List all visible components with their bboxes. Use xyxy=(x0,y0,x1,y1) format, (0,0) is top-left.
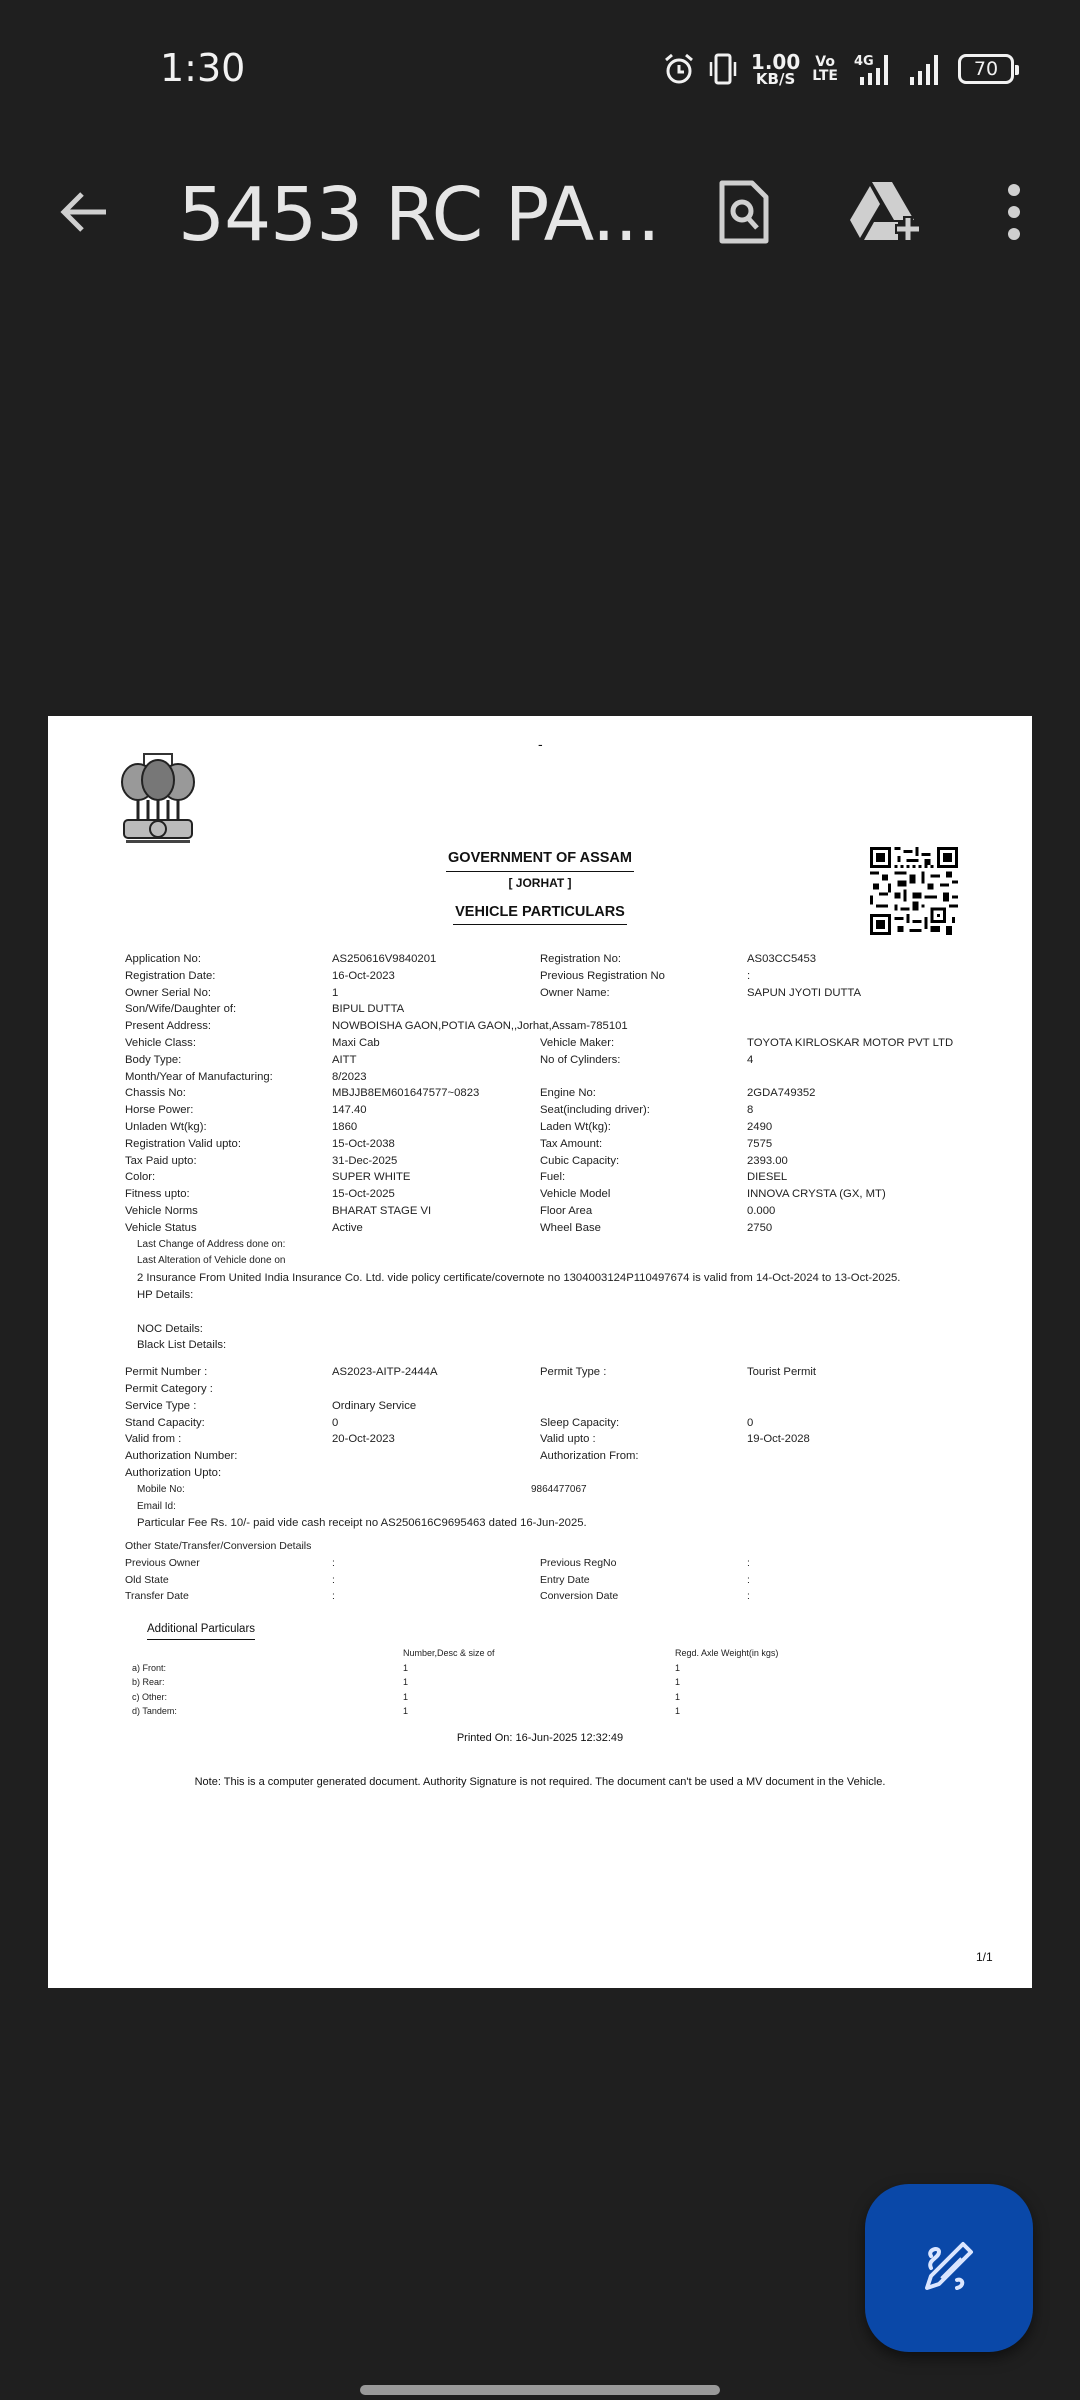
field-value: : xyxy=(747,968,1005,985)
field-label: Wheel Base xyxy=(540,1220,747,1237)
vehicle-field-row: Vehicle Class:Maxi CabVehicle Maker:TOYO… xyxy=(125,1035,1005,1052)
field-label: Previous RegNo xyxy=(540,1555,747,1572)
add-to-drive-icon xyxy=(850,180,922,244)
field-value: : xyxy=(747,1588,1005,1605)
field-value xyxy=(747,1398,1005,1415)
printed-on: Printed On: 16-Jun-2025 12:32:49 xyxy=(48,1732,1032,1744)
field-value: 1 xyxy=(332,985,540,1002)
permit-field-row: Authorization Upto: xyxy=(125,1465,1005,1482)
home-indicator[interactable] xyxy=(360,2385,720,2395)
vehicle-field-row: Unladen Wt(kg):1860Laden Wt(kg):2490 xyxy=(125,1119,1005,1136)
volte-icon: Vo LTE xyxy=(812,55,838,83)
hp-details: HP Details: xyxy=(125,1287,1005,1304)
col-header-axle: Regd. Axle Weight(in kgs) xyxy=(675,1646,778,1661)
vehicle-field-row: Application No:AS250616V9840201Registrat… xyxy=(125,951,1005,968)
status-bar: 1:30 1.00 KB/S Vo LTE 4G 70 xyxy=(0,0,1080,140)
field-label: Tax Amount: xyxy=(540,1136,747,1153)
field-label: Color: xyxy=(125,1169,332,1186)
field-value: 20-Oct-2023 xyxy=(332,1431,540,1448)
field-label: Present Address: xyxy=(125,1018,332,1035)
field-label: Owner Name: xyxy=(540,985,747,1002)
field-label xyxy=(540,1398,747,1415)
col-header-desc: Number,Desc & size of xyxy=(403,1646,675,1661)
field-value: SUPER WHITE xyxy=(332,1169,540,1186)
field-value: : xyxy=(332,1588,540,1605)
permit-field-row: Authorization Number:Authorization From: xyxy=(125,1448,1005,1465)
field-label: No of Cylinders: xyxy=(540,1052,747,1069)
annotate-fab[interactable] xyxy=(865,2184,1033,2352)
field-label: Owner Serial No: xyxy=(125,985,332,1002)
field-value xyxy=(747,1001,1005,1018)
vehicle-field-row: Horse Power:147.40Seat(including driver)… xyxy=(125,1102,1005,1119)
more-options-button[interactable] xyxy=(978,176,1050,248)
vibrate-icon xyxy=(707,52,739,86)
field-label: Tax Paid upto: xyxy=(125,1153,332,1170)
field-label: Stand Capacity: xyxy=(125,1415,332,1432)
document-title: 5453 RC PA... xyxy=(178,172,660,258)
permit-field-row: Stand Capacity:0Sleep Capacity:0 xyxy=(125,1415,1005,1432)
field-label: Application No: xyxy=(125,951,332,968)
last-alteration: Last Alteration of Vehicle done on xyxy=(125,1253,1005,1270)
field-value: AITT xyxy=(332,1052,540,1069)
permit-field-row: Permit Number :AS2023-AITP-2444APermit T… xyxy=(125,1364,1005,1381)
axle-label: b) Rear: xyxy=(132,1675,403,1690)
field-label: Chassis No: xyxy=(125,1085,332,1102)
field-value: 8/2023 xyxy=(332,1069,540,1086)
other-state-row: Old State:Entry Date: xyxy=(125,1572,1005,1589)
field-value: NOWBOISHA GAON,POTIA GAON,,Jorhat,Assam-… xyxy=(332,1018,540,1035)
field-label: Authorization Upto: xyxy=(125,1465,332,1482)
more-vert-icon xyxy=(1004,184,1024,240)
field-label: Vehicle Model xyxy=(540,1186,747,1203)
national-emblem-icon xyxy=(116,752,200,846)
app-bar: 5453 RC PA... xyxy=(0,150,1080,270)
field-value: 1860 xyxy=(332,1119,540,1136)
field-value: 4 xyxy=(747,1052,1005,1069)
field-label: Authorization Number: xyxy=(125,1448,332,1465)
field-value: 2490 xyxy=(747,1119,1005,1136)
permit-field-row: Permit Category : xyxy=(125,1381,1005,1398)
field-label: Permit Number : xyxy=(125,1364,332,1381)
field-value: 0 xyxy=(332,1415,540,1432)
field-label: Month/Year of Manufacturing: xyxy=(125,1069,332,1086)
field-label: Previous Owner xyxy=(125,1555,332,1572)
field-label: Fuel: xyxy=(540,1169,747,1186)
permit-field-row: Service Type :Ordinary Service xyxy=(125,1398,1005,1415)
vehicle-field-row: Tax Paid upto:31-Dec-2025Cubic Capacity:… xyxy=(125,1153,1005,1170)
mobile-row: Mobile No: 9864477067 xyxy=(125,1482,1005,1499)
field-label: Horse Power: xyxy=(125,1102,332,1119)
government-heading: GOVERNMENT OF ASSAM xyxy=(48,850,1032,872)
field-label: Cubic Capacity: xyxy=(540,1153,747,1170)
field-value: DIESEL xyxy=(747,1169,1005,1186)
field-value: Ordinary Service xyxy=(332,1398,540,1415)
field-label: Vehicle Status xyxy=(125,1220,332,1237)
vehicle-field-row: Owner Serial No:1Owner Name:SAPUN JYOTI … xyxy=(125,985,1005,1002)
field-value: Active xyxy=(332,1220,540,1237)
mobile-value: 9864477067 xyxy=(531,1482,587,1499)
vehicle-field-row: Registration Date:16-Oct-2023Previous Re… xyxy=(125,968,1005,985)
svg-text:4G: 4G xyxy=(854,54,874,69)
battery-icon: 70 xyxy=(958,54,1014,84)
field-value: MBJJB8EM601647577~0823 xyxy=(332,1085,540,1102)
field-value: Tourist Permit xyxy=(747,1364,1005,1381)
field-label: Permit Type : xyxy=(540,1364,747,1381)
field-label xyxy=(540,1018,747,1035)
field-label: Previous Registration No xyxy=(540,968,747,985)
signal-4g-icon: 4G xyxy=(850,51,894,87)
insurance-details: 2 Insurance From United India Insurance … xyxy=(125,1270,1005,1287)
field-value: : xyxy=(747,1555,1005,1572)
vehicle-field-row: Present Address:NOWBOISHA GAON,POTIA GAO… xyxy=(125,1018,1005,1035)
field-label xyxy=(540,1001,747,1018)
add-to-drive-button[interactable] xyxy=(850,176,922,248)
field-label: Registration Date: xyxy=(125,968,332,985)
field-value: 2393.00 xyxy=(747,1153,1005,1170)
field-value: AS03CC5453 xyxy=(747,951,1005,968)
vehicle-field-row: Son/Wife/Daughter of:BIPUL DUTTA xyxy=(125,1001,1005,1018)
field-value: BHARAT STAGE VI xyxy=(332,1203,540,1220)
field-label xyxy=(540,1465,747,1482)
field-value: SAPUN JYOTI DUTTA xyxy=(747,985,1005,1002)
axle-label: c) Other: xyxy=(132,1690,403,1705)
field-value: : xyxy=(332,1572,540,1589)
vehicle-field-row: Fitness upto:15-Oct-2025Vehicle ModelINN… xyxy=(125,1186,1005,1203)
axle-desc: 1 xyxy=(403,1661,675,1676)
field-value: INNOVA CRYSTA (GX, MT) xyxy=(747,1186,1005,1203)
field-value xyxy=(747,1069,1005,1086)
document-heading: VEHICLE PARTICULARS xyxy=(48,904,1032,925)
field-value: : xyxy=(747,1572,1005,1589)
signal-icon xyxy=(906,51,946,87)
field-value: 15-Oct-2025 xyxy=(332,1186,540,1203)
field-label: Vehicle Norms xyxy=(125,1203,332,1220)
field-label: Vehicle Maker: xyxy=(540,1035,747,1052)
find-in-page-button[interactable] xyxy=(708,176,780,248)
other-state-title: Other State/Transfer/Conversion Details xyxy=(125,1538,1005,1555)
field-label: Son/Wife/Daughter of: xyxy=(125,1001,332,1018)
field-value xyxy=(747,1381,1005,1398)
vehicle-field-row: Registration Valid upto:15-Oct-2038Tax A… xyxy=(125,1136,1005,1153)
field-label xyxy=(540,1069,747,1086)
axle-weight: 1 xyxy=(675,1675,680,1690)
axle-desc: 1 xyxy=(403,1675,675,1690)
field-value xyxy=(747,1018,1005,1035)
field-label: Conversion Date xyxy=(540,1588,747,1605)
field-value: Maxi Cab xyxy=(332,1035,540,1052)
field-label: Service Type : xyxy=(125,1398,332,1415)
blacklist-details: Black List Details: xyxy=(125,1337,1005,1354)
status-time: 1:30 xyxy=(160,46,245,90)
axle-weight: 1 xyxy=(675,1661,680,1676)
field-label: Permit Category : xyxy=(125,1381,332,1398)
last-change-address: Last Change of Address done on: xyxy=(125,1237,1005,1254)
field-label: Authorization From: xyxy=(540,1448,747,1465)
network-speed: 1.00 KB/S xyxy=(751,52,800,87)
field-label: Entry Date xyxy=(540,1572,747,1589)
field-label: Registration No: xyxy=(540,951,747,968)
permit-field-row: Valid from :20-Oct-2023Valid upto :19-Oc… xyxy=(125,1431,1005,1448)
pdf-page[interactable]: - GOVERNMENT OF ASSAM [ JORHAT ] VEHICLE… xyxy=(48,716,1032,1988)
back-arrow-icon xyxy=(56,184,112,240)
axle-desc: 1 xyxy=(403,1690,675,1705)
field-value: 7575 xyxy=(747,1136,1005,1153)
back-button[interactable] xyxy=(52,180,116,244)
field-value: 15-Oct-2038 xyxy=(332,1136,540,1153)
axle-row: d) Tandem:11 xyxy=(132,1704,932,1719)
axle-row: b) Rear:11 xyxy=(132,1675,932,1690)
field-label: Valid upto : xyxy=(540,1431,747,1448)
field-value xyxy=(332,1465,540,1482)
field-label: Unladen Wt(kg): xyxy=(125,1119,332,1136)
vehicle-field-row: Body Type:AITTNo of Cylinders:4 xyxy=(125,1052,1005,1069)
axle-weight: 1 xyxy=(675,1704,680,1719)
field-label: Transfer Date xyxy=(125,1588,332,1605)
vehicle-field-row: Color:SUPER WHITEFuel:DIESEL xyxy=(125,1169,1005,1186)
field-value xyxy=(747,1448,1005,1465)
field-label xyxy=(540,1381,747,1398)
field-label: Vehicle Class: xyxy=(125,1035,332,1052)
field-label: Old State xyxy=(125,1572,332,1589)
alarm-icon xyxy=(663,52,695,86)
field-label: Engine No: xyxy=(540,1085,747,1102)
field-value: 2GDA749352 xyxy=(747,1085,1005,1102)
vehicle-details: Application No:AS250616V9840201Registrat… xyxy=(125,951,1005,1605)
field-value: 19-Oct-2028 xyxy=(747,1431,1005,1448)
field-value xyxy=(332,1448,540,1465)
email-row: Email Id: xyxy=(125,1499,1005,1516)
vehicle-field-row: Chassis No:MBJJB8EM601647577~0823Engine … xyxy=(125,1085,1005,1102)
field-label: Sleep Capacity: xyxy=(540,1415,747,1432)
document-note: Note: This is a computer generated docum… xyxy=(48,1776,1032,1788)
field-value: 2750 xyxy=(747,1220,1005,1237)
vehicle-field-row: Month/Year of Manufacturing:8/2023 xyxy=(125,1069,1005,1086)
top-mark: - xyxy=(538,736,543,752)
field-label: Laden Wt(kg): xyxy=(540,1119,747,1136)
field-value: 0 xyxy=(747,1415,1005,1432)
field-label: Fitness upto: xyxy=(125,1186,332,1203)
vehicle-field-row: Vehicle StatusActiveWheel Base2750 xyxy=(125,1220,1005,1237)
other-state-row: Previous Owner:Previous RegNo: xyxy=(125,1555,1005,1572)
status-icons: 1.00 KB/S Vo LTE 4G 70 xyxy=(663,48,1014,90)
district-heading: [ JORHAT ] xyxy=(48,876,1032,890)
fee-note: Particular Fee Rs. 10/- paid vide cash r… xyxy=(125,1515,1005,1532)
additional-particulars-table: Number,Desc & size of Regd. Axle Weight(… xyxy=(132,1646,932,1719)
axle-weight: 1 xyxy=(675,1690,680,1705)
field-label: Registration Valid upto: xyxy=(125,1136,332,1153)
field-value: : xyxy=(332,1555,540,1572)
noc-details: NOC Details: xyxy=(125,1321,1005,1338)
field-label: Seat(including driver): xyxy=(540,1102,747,1119)
edit-annotate-icon xyxy=(917,2236,981,2300)
field-value: 0.000 xyxy=(747,1203,1005,1220)
axle-label: a) Front: xyxy=(132,1661,403,1676)
find-in-page-icon xyxy=(716,179,772,245)
field-value: BIPUL DUTTA xyxy=(332,1001,540,1018)
field-value: AS250616V9840201 xyxy=(332,951,540,968)
field-value: 147.40 xyxy=(332,1102,540,1119)
additional-particulars-title: Additional Particulars xyxy=(147,1623,255,1635)
field-value: 31-Dec-2025 xyxy=(332,1153,540,1170)
field-label: Body Type: xyxy=(125,1052,332,1069)
axle-row: a) Front:11 xyxy=(132,1661,932,1676)
field-value xyxy=(332,1381,540,1398)
vehicle-field-row: Vehicle NormsBHARAT STAGE VIFloor Area0.… xyxy=(125,1203,1005,1220)
page-indicator: 1/1 xyxy=(976,1950,993,1964)
axle-label: d) Tandem: xyxy=(132,1704,403,1719)
field-value: TOYOTA KIRLOSKAR MOTOR PVT LTD xyxy=(747,1035,1005,1052)
field-value: AS2023-AITP-2444A xyxy=(332,1364,540,1381)
field-value: 8 xyxy=(747,1102,1005,1119)
field-value xyxy=(747,1465,1005,1482)
field-label: Floor Area xyxy=(540,1203,747,1220)
axle-row: c) Other:11 xyxy=(132,1690,932,1705)
axle-desc: 1 xyxy=(403,1704,675,1719)
other-state-row: Transfer Date:Conversion Date: xyxy=(125,1588,1005,1605)
field-label: Valid from : xyxy=(125,1431,332,1448)
field-value: 16-Oct-2023 xyxy=(332,968,540,985)
